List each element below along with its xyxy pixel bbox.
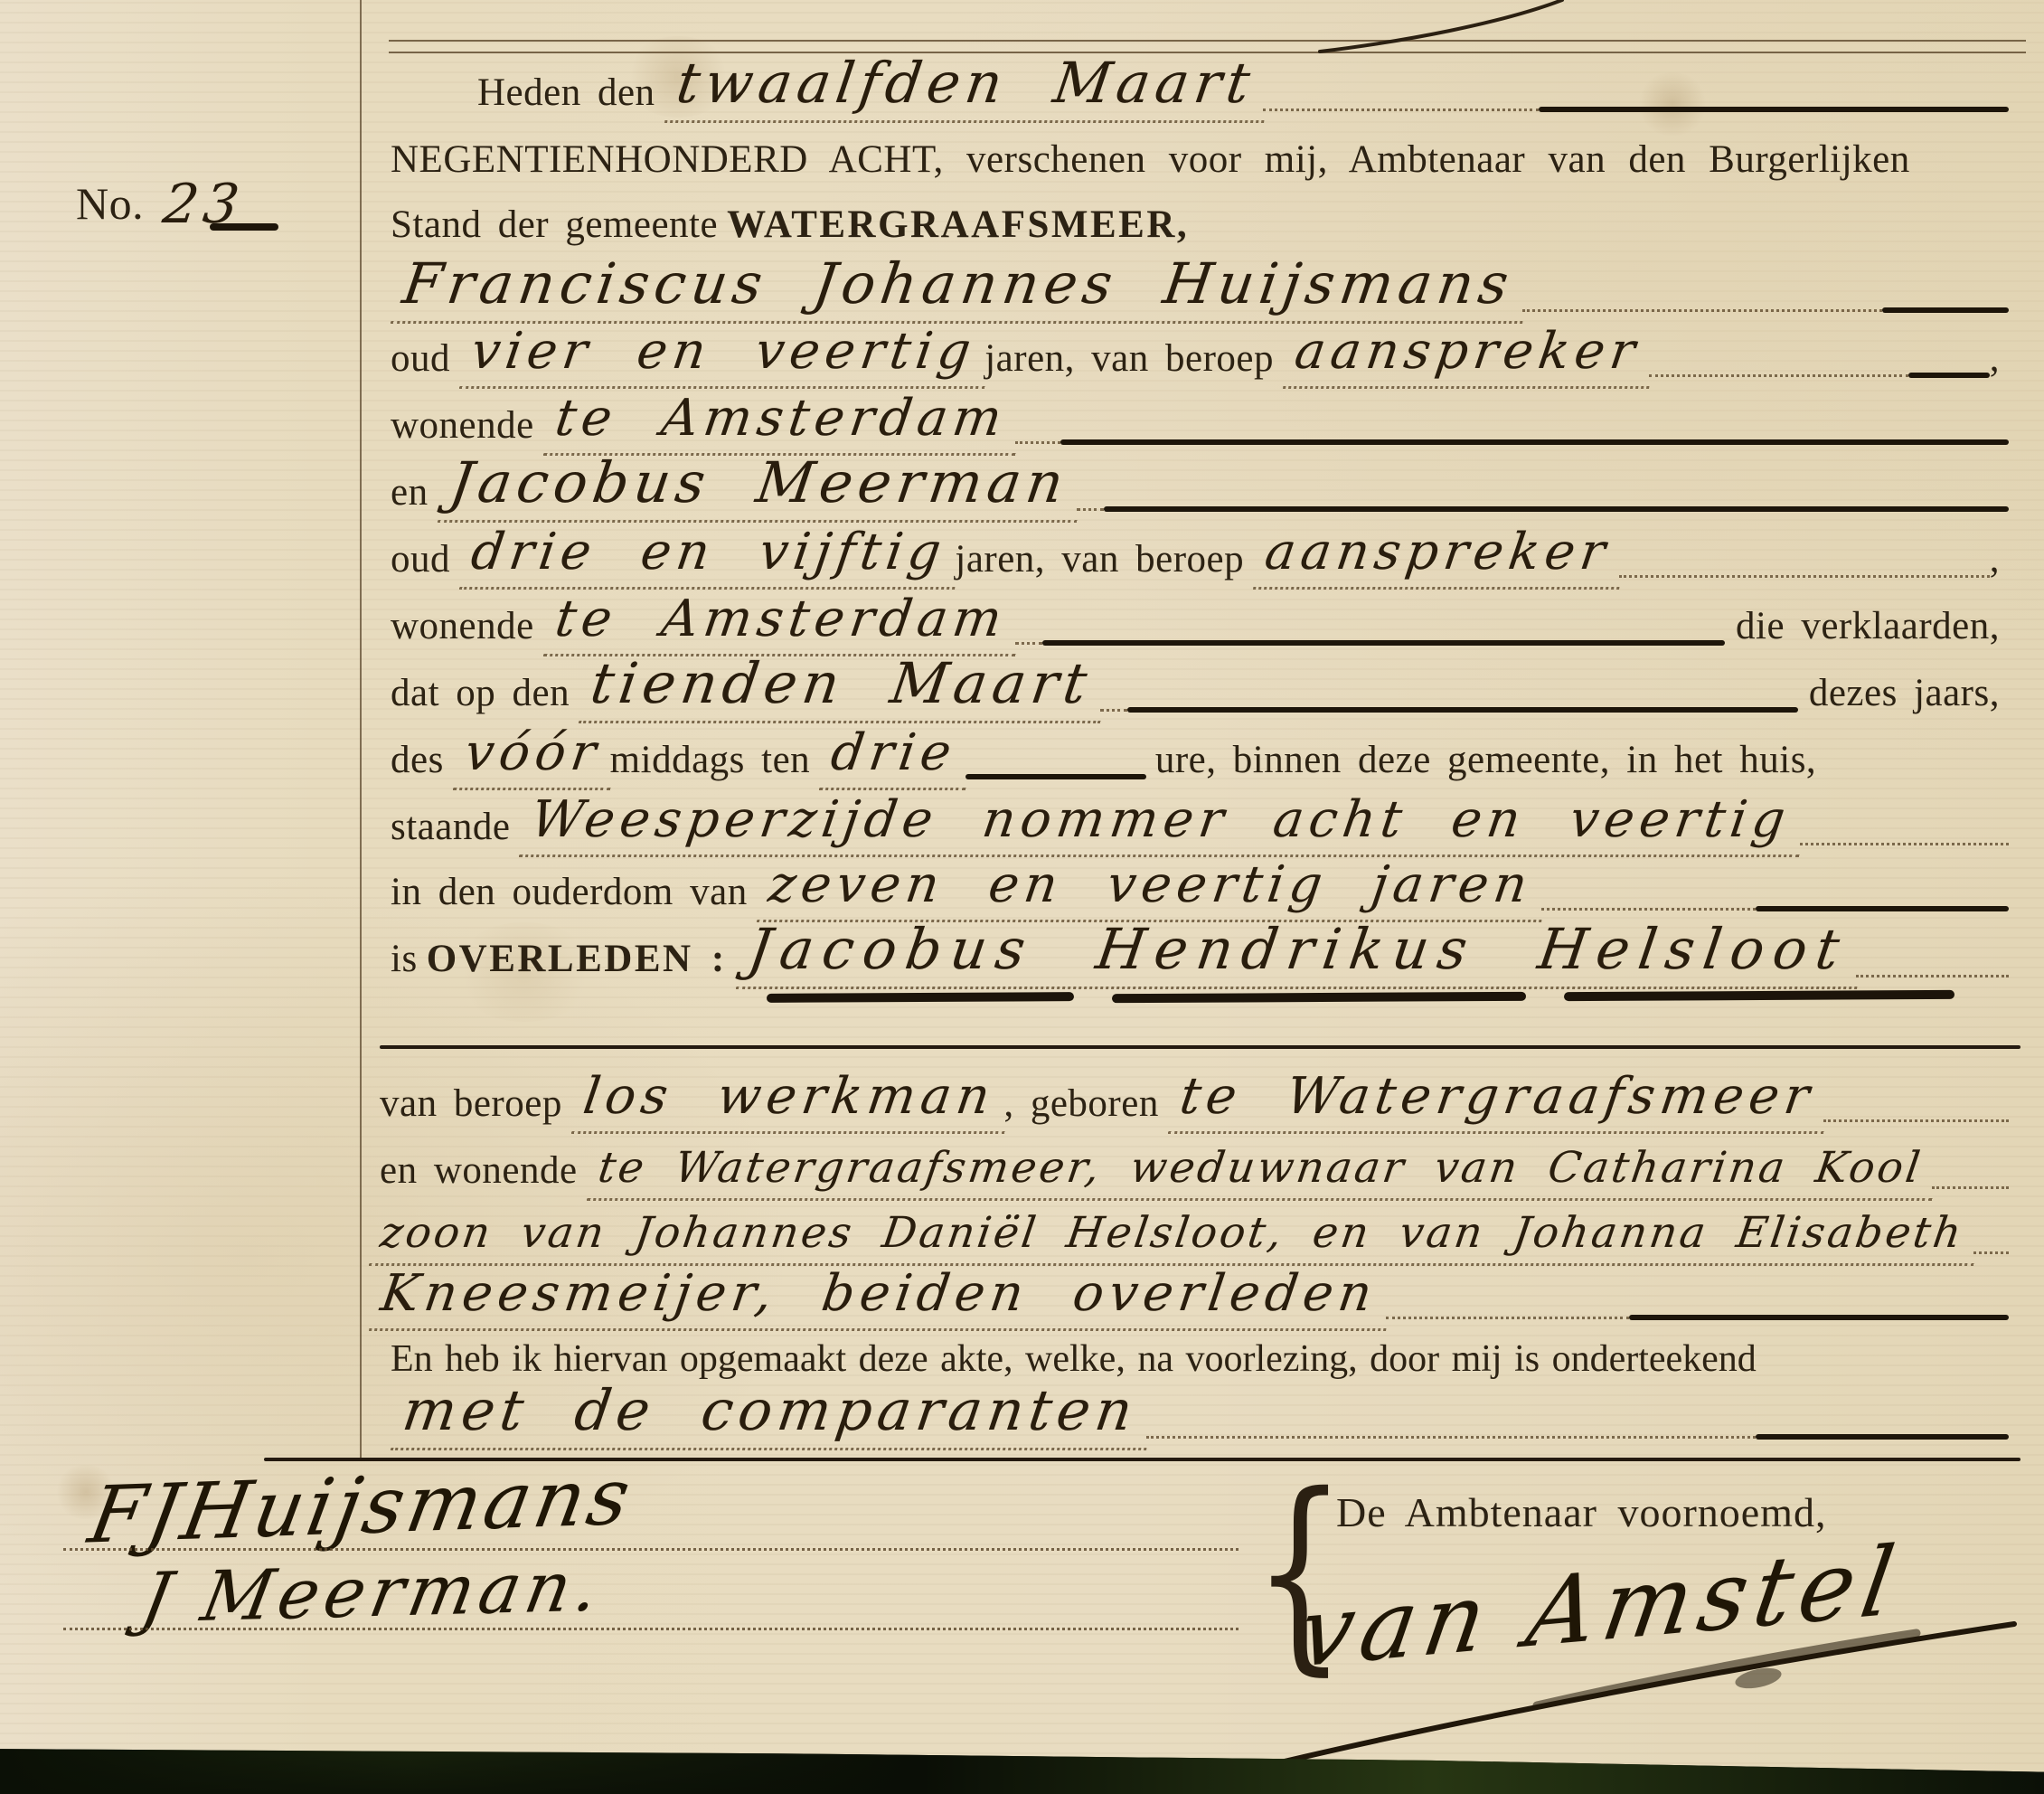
hw-parents-1: zoon van Johannes Daniël Helsloot, en va…: [369, 1212, 1981, 1266]
hw-opening-date: twaalfden Maart: [664, 55, 1273, 123]
label-dezes-jaars: dezes jaars,: [1809, 674, 2000, 723]
line-closing-handwritten: met de comparanten: [391, 1378, 2009, 1450]
hw-daypart: vóór: [453, 728, 619, 790]
record-number-label: No.: [76, 181, 144, 231]
dotted-fill-line: [1856, 975, 2009, 977]
hw-deceased-residence: te Watergraafsmeer, weduwnaar van Cathar…: [587, 1147, 1939, 1201]
ink-fill-line: [1756, 906, 2009, 911]
hw-hour: drie: [819, 728, 974, 790]
label-jaren-beroep: jaren, van beroep: [984, 339, 1274, 389]
hw-declarant1-profession: aanspreker: [1283, 326, 1658, 389]
dotted-fill-line: [1077, 508, 1104, 511]
label-heden-den: Heden den: [477, 73, 655, 123]
line-house-address: staande Weesperzijde nommer acht en veer…: [391, 790, 2009, 857]
label-overleden: OVERLEDEN :: [427, 939, 727, 989]
label-oud: oud: [391, 540, 450, 590]
dotted-fill-line: [1932, 1186, 2009, 1189]
section-divider-rule: [380, 1045, 2020, 1049]
ink-fill-line: [1042, 640, 1725, 646]
ink-fill-line: [1104, 506, 2009, 512]
hw-closing: met de comparanten: [391, 1383, 1155, 1450]
label-staande: staande: [391, 807, 510, 857]
line-declarant2-residence: wonende te Amsterdam die verklaarden,: [391, 590, 2009, 656]
dotted-fill-line: [1800, 843, 2009, 845]
line-deceased-profession: van beroep los werkman , geboren te Wate…: [380, 1067, 2009, 1134]
label-stand-gemeente: Stand der gemeente: [391, 205, 718, 255]
hw-declarant2-residence: te Amsterdam: [543, 594, 1024, 656]
line-declarant1-name: Franciscus Johannes Huijsmans: [391, 251, 2009, 324]
label-dat-op-den: dat op den: [391, 674, 570, 723]
label-oud: oud: [391, 339, 450, 389]
dotted-fill-line: [1823, 1119, 2009, 1122]
line-deceased-residence: en wonende te Watergraafsmeer, weduwnaar…: [380, 1134, 2009, 1201]
hw-death-date: tienden Maart: [579, 656, 1110, 723]
label-ure-gemeente: ure, binnen deze gemeente, in het huis,: [1155, 741, 1816, 790]
label-wonende: wonende: [391, 406, 534, 456]
printed-comma: ,: [1990, 540, 2000, 590]
line-death-date: dat op den tienden Maart dezes jaars,: [391, 656, 2009, 723]
ink-fill-line: [1060, 439, 2009, 445]
label-van-beroep: van beroep: [380, 1084, 562, 1134]
hw-declarant1-name: Franciscus Johannes Huijsmans: [391, 256, 1531, 324]
hw-deceased-profession: los werkman: [571, 1072, 1013, 1134]
ink-fill-line: [965, 774, 1146, 779]
hw-declarant2-name: Jacobus Meerman: [438, 455, 1087, 523]
death-certificate-page: No. 23 Heden den twaalfden Maart NEGENTI…: [0, 0, 2044, 1794]
printed-year-line: NEGENTIENHONDERD ACHT, verschenen voor m…: [391, 140, 1910, 190]
line-death-hour: des vóór middags ten drie ure, binnen de…: [391, 723, 2009, 790]
label-is: is: [391, 939, 418, 989]
registrar-caption: De Ambtenaar voornoemd,: [1336, 1488, 1826, 1536]
ink-fill-line: [1908, 373, 1990, 378]
ink-fill-line: [1539, 107, 2009, 112]
line-declarant2-age: oud drie en vijftig jaren, van beroep aa…: [391, 523, 2009, 590]
witness2-signature: J Meerman.: [136, 1545, 611, 1638]
label-ouderdom: in den ouderdom van: [391, 873, 748, 922]
hw-declarant1-age: vier en veertig: [459, 326, 994, 389]
dotted-fill-line: [1015, 441, 1060, 444]
label-geboren: , geboren: [1003, 1084, 1159, 1134]
record-number-ink-dash: [210, 223, 278, 231]
dotted-fill-line: [1973, 1251, 2009, 1254]
line-parents-1: zoon van Johannes Daniël Helsloot, en va…: [369, 1199, 2009, 1266]
line-age-at-death: in den ouderdom van zeven en veertig jar…: [391, 855, 2009, 922]
label-en-wonende: en wonende: [380, 1151, 578, 1201]
line-declarant1-residence: wonende te Amsterdam: [391, 389, 2009, 456]
line-year: NEGENTIENHONDERD ACHT, verschenen voor m…: [391, 123, 2009, 190]
line-deceased-name: is OVERLEDEN : Jacobus Hendrikus Helsloo…: [391, 919, 2009, 989]
dotted-fill-line: [1541, 908, 1756, 911]
gemeente-name: WATERGRAAFSMEER,: [727, 205, 1189, 255]
hw-address: Weesperzijde nommer acht en veertig: [519, 795, 1808, 857]
label-wonende: wonende: [391, 607, 534, 656]
hw-declarant2-age: drie en vijftig: [459, 527, 964, 590]
margin-vertical-rule: [360, 0, 362, 1458]
hw-age-at-death: zeven en veertig jaren: [757, 860, 1549, 922]
label-des: des: [391, 741, 444, 790]
label-jaren-beroep: jaren, van beroep: [955, 540, 1244, 590]
line-declarant1-age: oud vier en veertig jaren, van beroep aa…: [391, 322, 2009, 389]
dotted-fill-line: [1146, 1436, 1756, 1439]
hw-declarant1-residence: te Amsterdam: [543, 393, 1024, 456]
hw-declarant2-profession: aanspreker: [1253, 527, 1628, 590]
label-middags-ten: middags ten: [610, 741, 811, 790]
deceased-name-underline: [767, 992, 1074, 1003]
line-declarant2-name: en Jacobus Meerman: [391, 456, 2009, 523]
dotted-fill-line: [1386, 1317, 1629, 1319]
ink-fill-line: [1127, 707, 1797, 713]
line-gemeente: Stand der gemeente WATERGRAAFSMEER,: [391, 188, 2009, 255]
hw-deceased-name: Jacobus Hendrikus Helsloot: [736, 921, 1866, 989]
signature-dotted-line: [63, 1628, 1239, 1630]
label-en: en: [391, 473, 429, 523]
label-die-verklaarden: die verklaarden,: [1736, 607, 2000, 656]
dotted-fill-line: [1649, 374, 1908, 377]
dotted-fill-line: [1619, 575, 1989, 578]
ink-fill-line: [1882, 307, 2009, 313]
line-opening-date: Heden den twaalfden Maart: [477, 56, 2009, 123]
ink-fill-line: [1756, 1434, 2009, 1440]
line-parents-2: Kneesmeijer, beiden overleden: [369, 1264, 2009, 1331]
signature-dotted-line: [63, 1548, 1239, 1551]
dotted-fill-line: [1263, 109, 1539, 111]
printed-comma: ,: [1990, 339, 2000, 389]
dotted-fill-line: [1522, 309, 1882, 312]
hw-birthplace: te Watergraafsmeer: [1168, 1072, 1832, 1134]
dotted-fill-line: [1100, 709, 1127, 712]
ink-fill-line: [1629, 1315, 2009, 1320]
dotted-fill-line: [1015, 642, 1042, 645]
